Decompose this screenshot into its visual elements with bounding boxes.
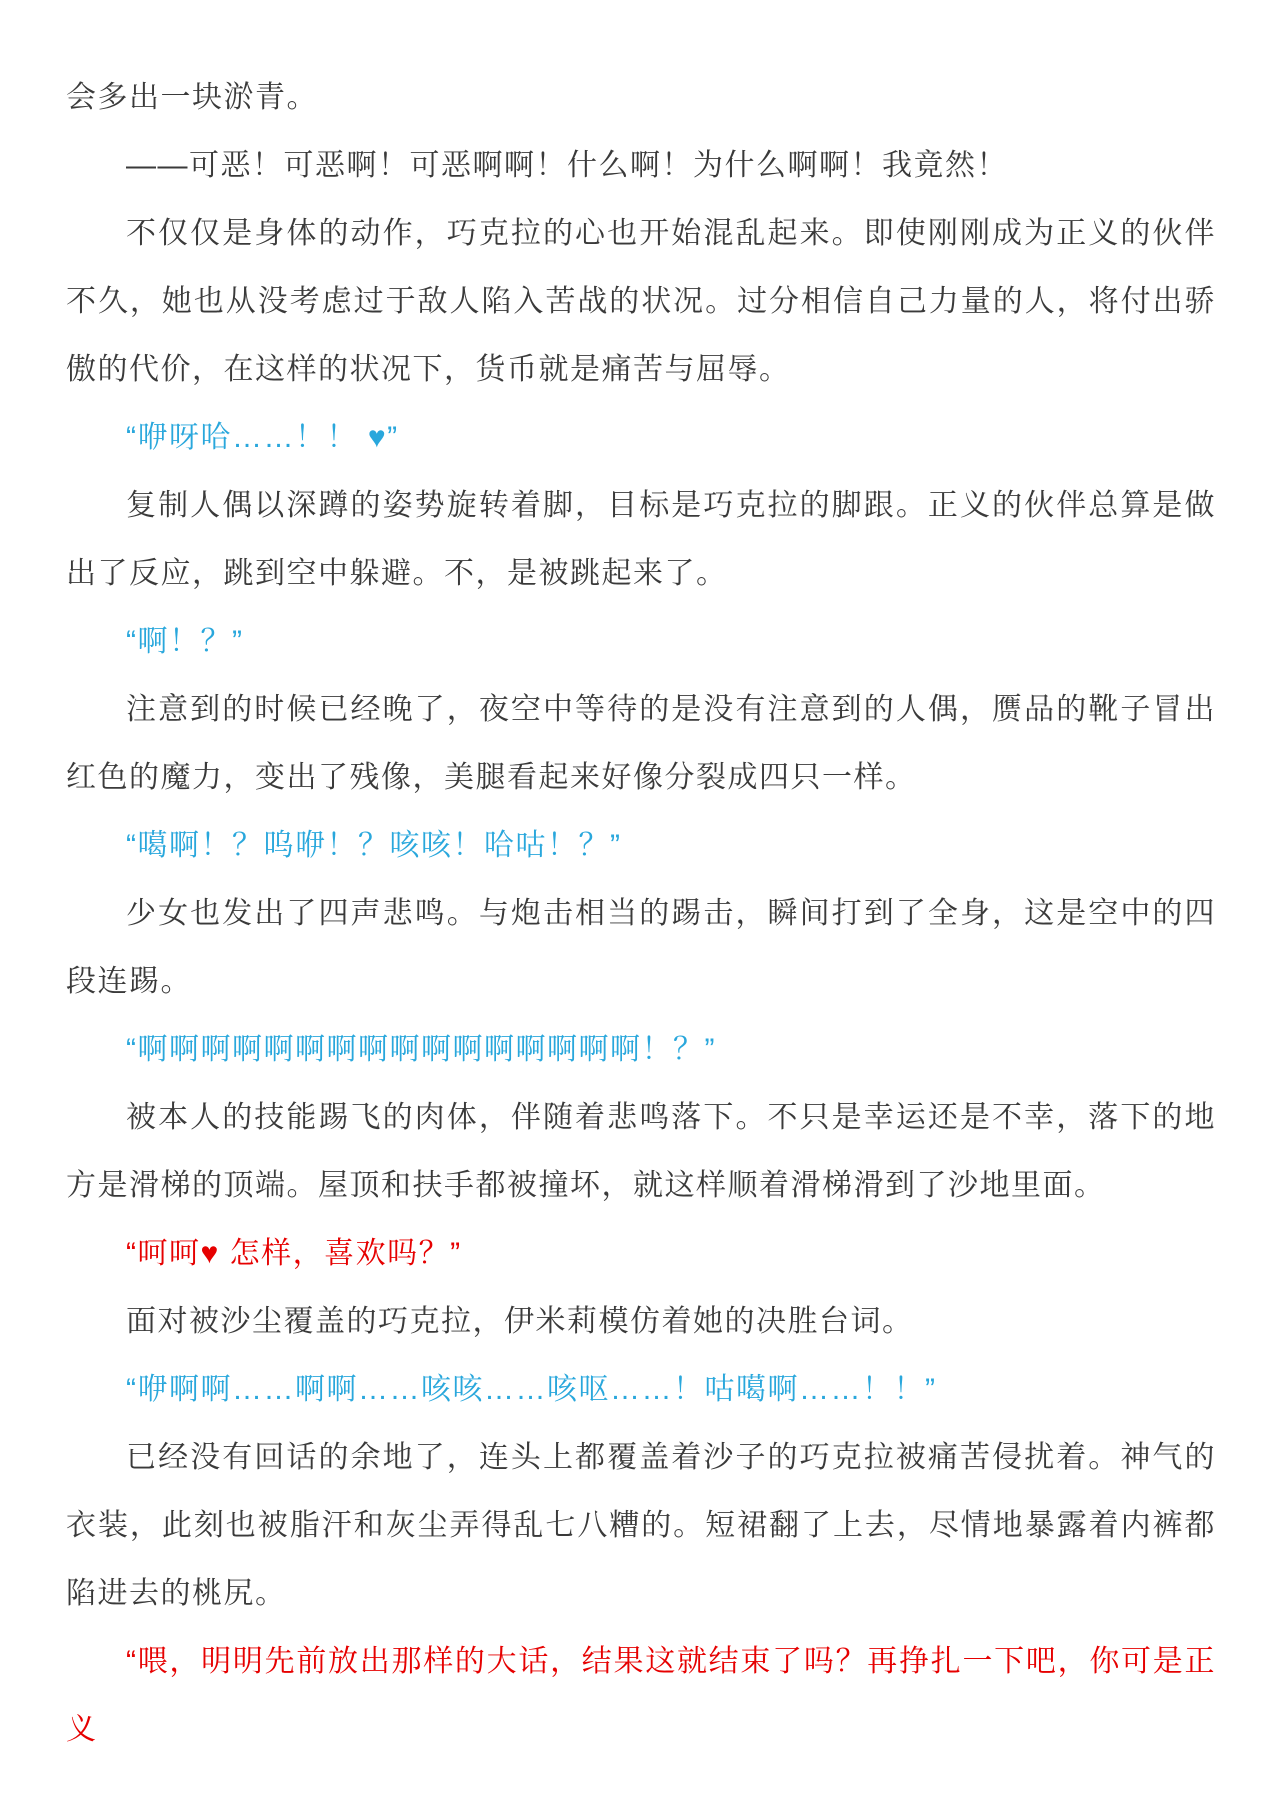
narration-paragraph: 注意到的时候已经晚了，夜空中等待的是没有注意到的人偶，赝品的靴子冒出红色的魔力，… bbox=[66, 676, 1216, 812]
dialogue-red-line: “喂，明明先前放出那样的大话，结果这就结束了吗？再挣扎一下吧，你可是正义 bbox=[66, 1628, 1216, 1764]
dialogue-blue-line: “咿呀哈……！！ ♥” bbox=[66, 404, 1216, 472]
narration-paragraph: 被本人的技能踢飞的肉体，伴随着悲鸣落下。不只是幸运还是不幸，落下的地方是滑梯的顶… bbox=[66, 1084, 1216, 1220]
narration-paragraph: 复制人偶以深蹲的姿势旋转着脚，目标是巧克拉的脚跟。正义的伙伴总算是做出了反应，跳… bbox=[66, 472, 1216, 608]
page-text: 会多出一块淤青。——可恶！可恶啊！可恶啊啊！什么啊！为什么啊啊！我竟然！不仅仅是… bbox=[66, 64, 1216, 1764]
narration-paragraph: 面对被沙尘覆盖的巧克拉，伊米莉模仿着她的决胜台词。 bbox=[66, 1288, 1216, 1356]
dialogue-blue-line: “啊！？” bbox=[66, 608, 1216, 676]
narration-paragraph: 少女也发出了四声悲鸣。与炮击相当的踢击，瞬间打到了全身，这是空中的四段连踢。 bbox=[66, 880, 1216, 1016]
narration-paragraph: 会多出一块淤青。 bbox=[66, 64, 1216, 132]
narration-paragraph: ——可恶！可恶啊！可恶啊啊！什么啊！为什么啊啊！我竟然！ bbox=[66, 132, 1216, 200]
narration-paragraph: 已经没有回话的余地了，连头上都覆盖着沙子的巧克拉被痛苦侵扰着。神气的衣装，此刻也… bbox=[66, 1424, 1216, 1628]
dialogue-blue-line: “啊啊啊啊啊啊啊啊啊啊啊啊啊啊啊啊！？” bbox=[66, 1016, 1216, 1084]
narration-paragraph: 不仅仅是身体的动作，巧克拉的心也开始混乱起来。即使刚刚成为正义的伙伴不久，她也从… bbox=[66, 200, 1216, 404]
dialogue-blue-line: “咿啊啊……啊啊……咳咳……咳呕……！咕噶啊……！！” bbox=[66, 1356, 1216, 1424]
dialogue-red-line: “呵呵♥ 怎样，喜欢吗？” bbox=[66, 1220, 1216, 1288]
dialogue-blue-line: “噶啊！？呜咿！？咳咳！哈咕！？” bbox=[66, 812, 1216, 880]
novel-page: 会多出一块淤青。——可恶！可恶啊！可恶啊啊！什么啊！为什么啊啊！我竟然！不仅仅是… bbox=[0, 0, 1280, 1810]
